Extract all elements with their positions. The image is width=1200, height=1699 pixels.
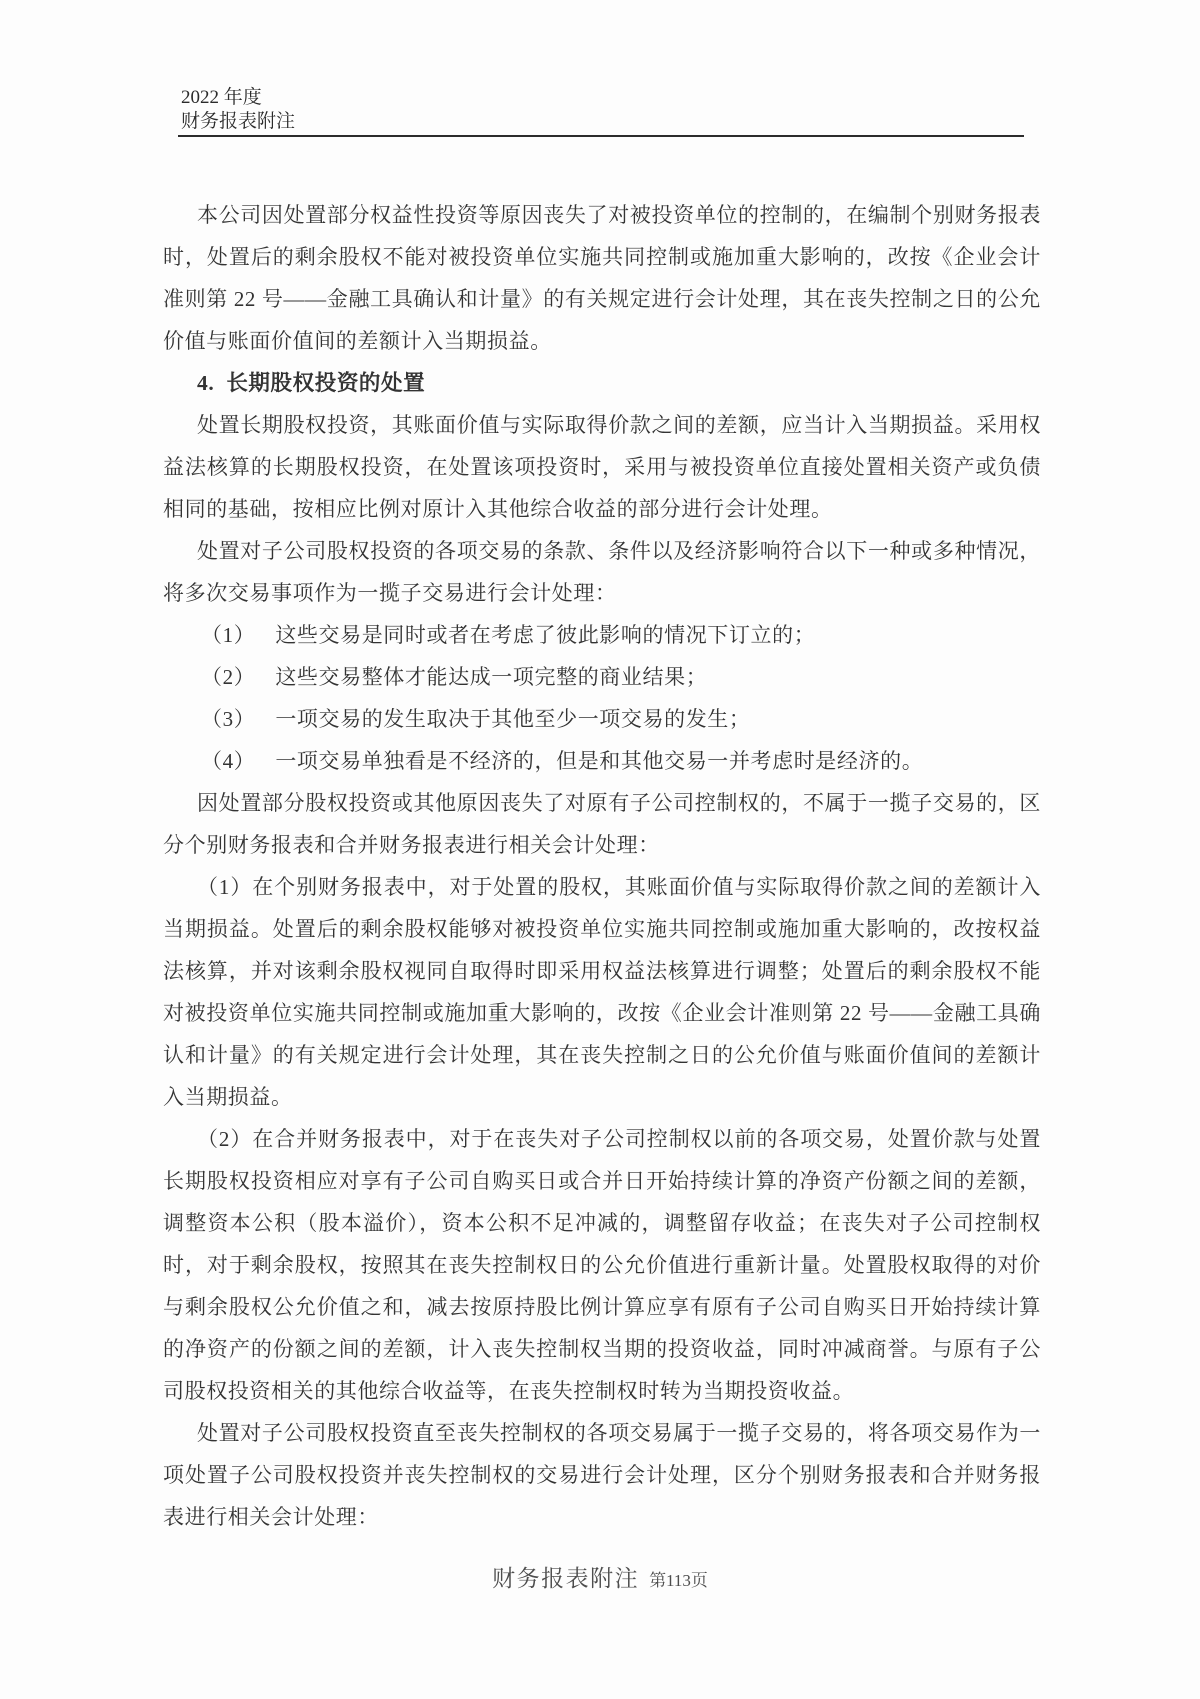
list-item-2-text: 这些交易整体才能达成一项完整的商业结果； bbox=[255, 665, 707, 689]
footer-doc-title: 财务报表附注 bbox=[492, 1566, 639, 1591]
paragraph-not-bundled-transaction: 因处置部分股权投资或其他原因丧失了对原有子公司控制权的，不属于一揽子交易的，区分… bbox=[163, 782, 1041, 866]
heading-number: 4. bbox=[197, 371, 214, 395]
document-body: 本公司因处置部分权益性投资等原因丧失了对被投资单位的控制的，在编制个别财务报表时… bbox=[163, 194, 1041, 1538]
paragraph-bundled-disposal-until-loss-of-control: 处置对子公司股权投资直至丧失控制权的各项交易属于一揽子交易的，将各项交易作为一项… bbox=[163, 1412, 1041, 1538]
list-item-2-marker: （2） bbox=[201, 665, 255, 689]
list-item-4: （4）一项交易单独看是不经济的，但是和其他交易一并考虑时是经济的。 bbox=[163, 740, 1041, 782]
section-heading-disposal-of-long-term-equity-investment: 4.长期股权投资的处置 bbox=[163, 362, 1041, 404]
page-footer: 财务报表附注第113页 bbox=[0, 1560, 1200, 1593]
header-doc-title: 财务报表附注 bbox=[181, 110, 295, 134]
list-item-2: （2）这些交易整体才能达成一项完整的商业结果； bbox=[163, 656, 1041, 698]
list-item-4-text: 一项交易单独看是不经济的，但是和其他交易一并考虑时是经济的。 bbox=[255, 749, 923, 773]
paragraph-individual-financial-statements: （1）在个别财务报表中，对于处置的股权，其账面价值与实际取得价款之间的差额计入当… bbox=[163, 866, 1041, 1118]
paragraph-consolidated-financial-statements: （2）在合并财务报表中，对于在丧失对子公司控制权以前的各项交易，处置价款与处置长… bbox=[163, 1118, 1041, 1412]
list-item-4-marker: （4） bbox=[201, 749, 255, 773]
page-header: 2022 年度 财务报表附注 bbox=[181, 86, 295, 134]
paragraph-bundled-transaction-conditions: 处置对子公司股权投资的各项交易的条款、条件以及经济影响符合以下一种或多种情况，将… bbox=[163, 530, 1041, 614]
list-item-3: （3）一项交易的发生取决于其他至少一项交易的发生； bbox=[163, 698, 1041, 740]
document-page: 2022 年度 财务报表附注 本公司因处置部分权益性投资等原因丧失了对被投资单位… bbox=[0, 0, 1200, 1699]
list-item-3-marker: （3） bbox=[201, 707, 255, 731]
heading-title: 长期股权投资的处置 bbox=[226, 371, 425, 395]
list-item-3-text: 一项交易的发生取决于其他至少一项交易的发生； bbox=[255, 707, 750, 731]
paragraph-loss-of-control-individual-statements: 本公司因处置部分权益性投资等原因丧失了对被投资单位的控制的，在编制个别财务报表时… bbox=[163, 194, 1041, 362]
list-item-1-marker: （1） bbox=[201, 623, 255, 647]
footer-page-number: 第113页 bbox=[649, 1571, 708, 1590]
header-year: 2022 年度 bbox=[181, 86, 295, 110]
list-item-1: （1）这些交易是同时或者在考虑了彼此影响的情况下订立的； bbox=[163, 614, 1041, 656]
list-item-1-text: 这些交易是同时或者在考虑了彼此影响的情况下订立的； bbox=[255, 623, 815, 647]
paragraph-disposal-general: 处置长期股权投资，其账面价值与实际取得价款之间的差额，应当计入当期损益。采用权益… bbox=[163, 404, 1041, 530]
header-rule bbox=[178, 135, 1024, 137]
